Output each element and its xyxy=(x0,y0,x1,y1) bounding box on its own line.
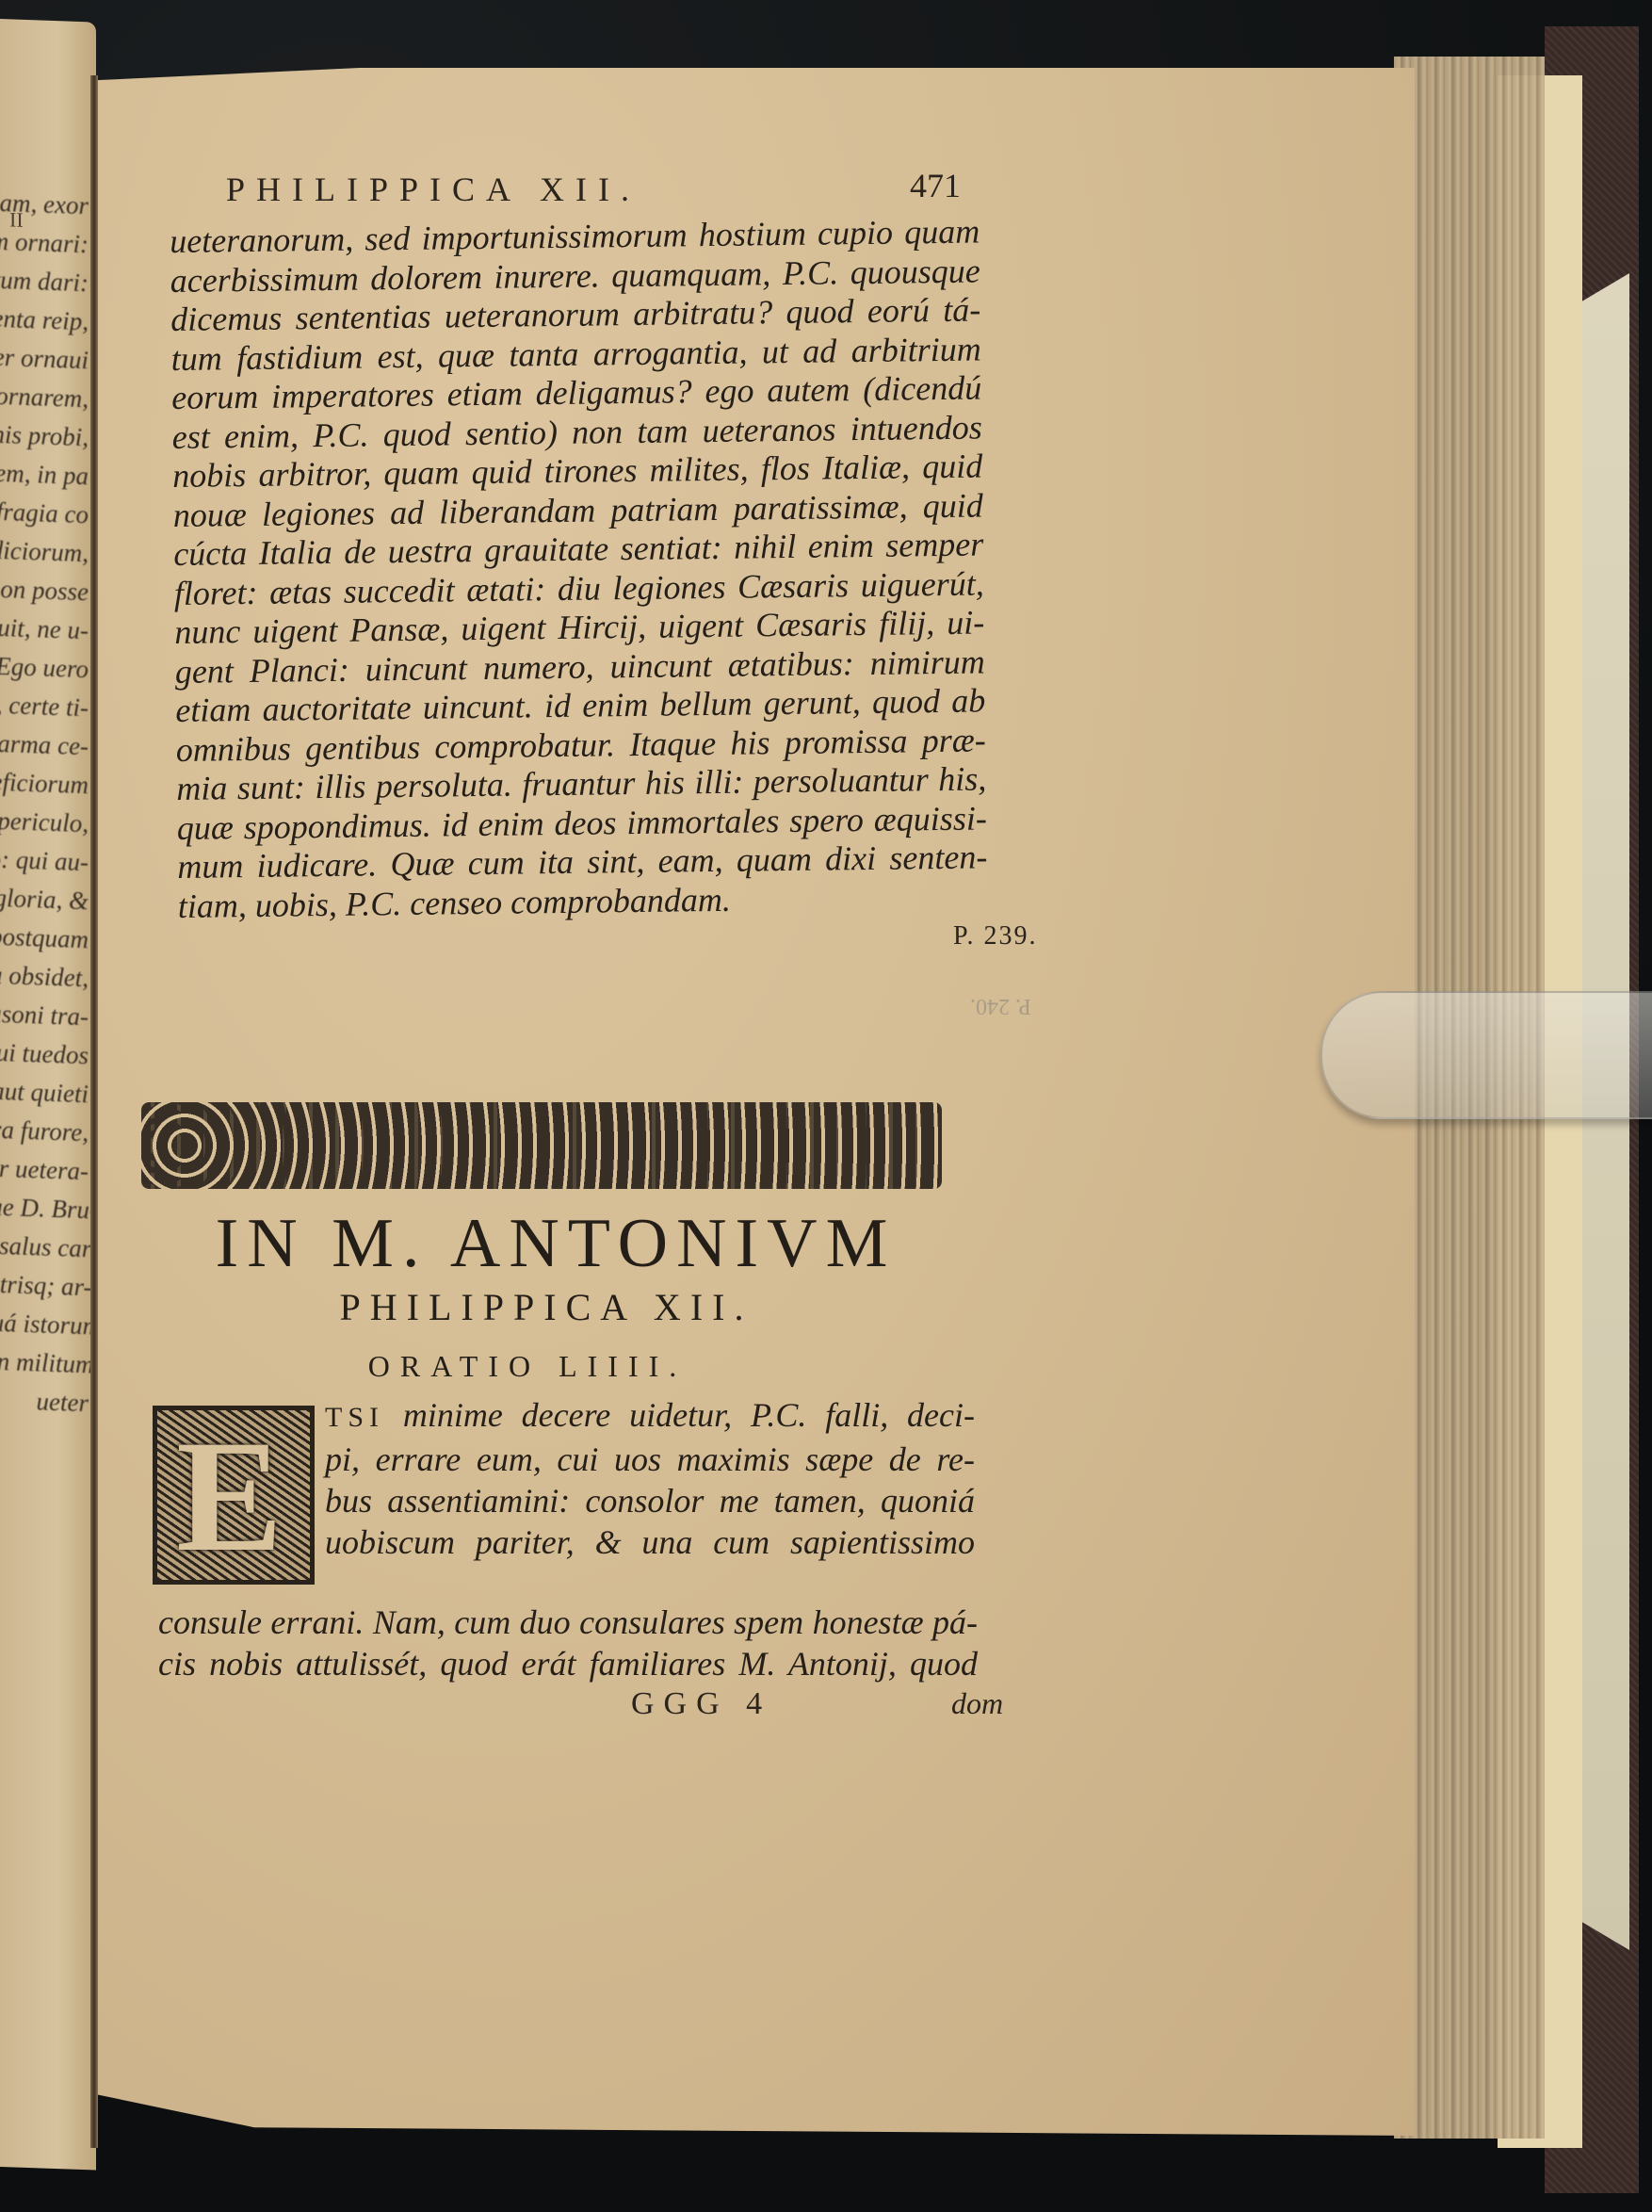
left-line: iudiciorum, xyxy=(0,528,89,573)
left-line: quibusdam, exor xyxy=(0,180,89,225)
left-line: Cassium ornari: xyxy=(0,219,89,264)
left-line: beo: qui au- xyxy=(0,837,89,882)
left-page-text-column: quibusdam, exor Cassium ornari: principa… xyxy=(0,180,89,1423)
oration-number: ORATIO LIIII. xyxy=(132,1349,923,1384)
marginal-note-showthrough: P. 240. xyxy=(970,993,1031,1018)
left-line: e, & Casoni tra- xyxy=(0,991,89,1036)
left-line: rú contra furore, xyxy=(0,1107,89,1152)
left-line: qui, postquam xyxy=(0,914,89,959)
left-line: potius ornarem, xyxy=(0,373,89,418)
running-head: PHILIPPICA XII. 471 xyxy=(226,170,961,209)
left-line: ius quisquá istorum, xyxy=(0,1300,89,1345)
text-line: cis nobis attulissét, quod erát familiar… xyxy=(158,1643,978,1684)
left-line: ius est, qui tuedos xyxy=(0,1030,89,1075)
left-line: rum igitur uetera- xyxy=(0,1146,89,1191)
left-line: studio. Ego uero xyxy=(0,643,89,689)
page-clip-bookmark xyxy=(1320,991,1652,1119)
left-line: hostem, in pa xyxy=(0,450,89,496)
left-line: ornare? aut quieti xyxy=(0,1068,89,1114)
left-line: designatu obsidet, xyxy=(0,952,89,998)
left-line: ci Brutus salus cara xyxy=(0,1223,89,1268)
paragraph-continuation: consule errani. Nam, cum duo consulares … xyxy=(158,1602,978,1684)
body-text: ueteranorum, sed importunissimorum hosti… xyxy=(170,212,988,925)
marginal-note: P. 239. xyxy=(953,921,1037,951)
left-line: corú neque D. Bru- xyxy=(0,1184,89,1229)
historiated-initial: E xyxy=(153,1406,315,1585)
left-line: ueter xyxy=(0,1377,89,1423)
text-line: uobiscum pariter, & una cum sapientissim… xyxy=(325,1521,975,1563)
oration-title: IN M. ANTONIVM xyxy=(160,1204,951,1284)
text-line: bus assentiamini: consolor me tamen, quo… xyxy=(325,1480,975,1521)
left-line: orú, qui utrisq; ar- xyxy=(0,1261,89,1307)
ornament-band xyxy=(141,1102,942,1189)
small-caps-opening: TSI xyxy=(325,1402,384,1433)
text-line: pi, errare eum, cui uos maximis sæpe de … xyxy=(325,1439,975,1480)
text-line: consule errani. Nam, cum duo consulares … xyxy=(158,1602,978,1643)
left-line: generi non militum xyxy=(0,1339,89,1384)
left-line: semper ornaui xyxy=(0,334,89,380)
page-number: 471 xyxy=(910,166,961,205)
left-line: naufragia co xyxy=(0,489,89,534)
left-line: hominis probi, xyxy=(0,412,89,457)
left-line: beneficiorum xyxy=(0,759,89,805)
left-line: effici non posse xyxy=(0,566,89,611)
catchword: dom xyxy=(951,1686,1003,1721)
left-line: gna gloria, & xyxy=(0,875,89,920)
left-line: inquit, ne u- xyxy=(0,605,89,650)
book-gutter xyxy=(90,75,98,2148)
left-page-fragment: II quibusdam, exor Cassium ornari: princ… xyxy=(0,19,96,2171)
left-line: ornamenta reip, xyxy=(0,296,89,341)
oration-subtitle: PHILIPPICA XII. xyxy=(151,1285,942,1329)
left-line: principatum dari: xyxy=(0,257,89,302)
opening-paragraph: TSI minime decere uidetur, P.C. falli, d… xyxy=(325,1394,975,1563)
left-line: p. arma ce- xyxy=(0,721,89,766)
left-line: no periculo, xyxy=(0,798,89,843)
left-line: us est, certe ti- xyxy=(0,682,89,727)
running-head-title: PHILIPPICA XII. xyxy=(226,171,640,208)
text-line: TSI minime decere uidetur, P.C. falli, d… xyxy=(325,1394,975,1439)
drop-cap-letter: E xyxy=(176,1416,283,1576)
signature-mark: GGG 4 xyxy=(631,1686,771,1722)
